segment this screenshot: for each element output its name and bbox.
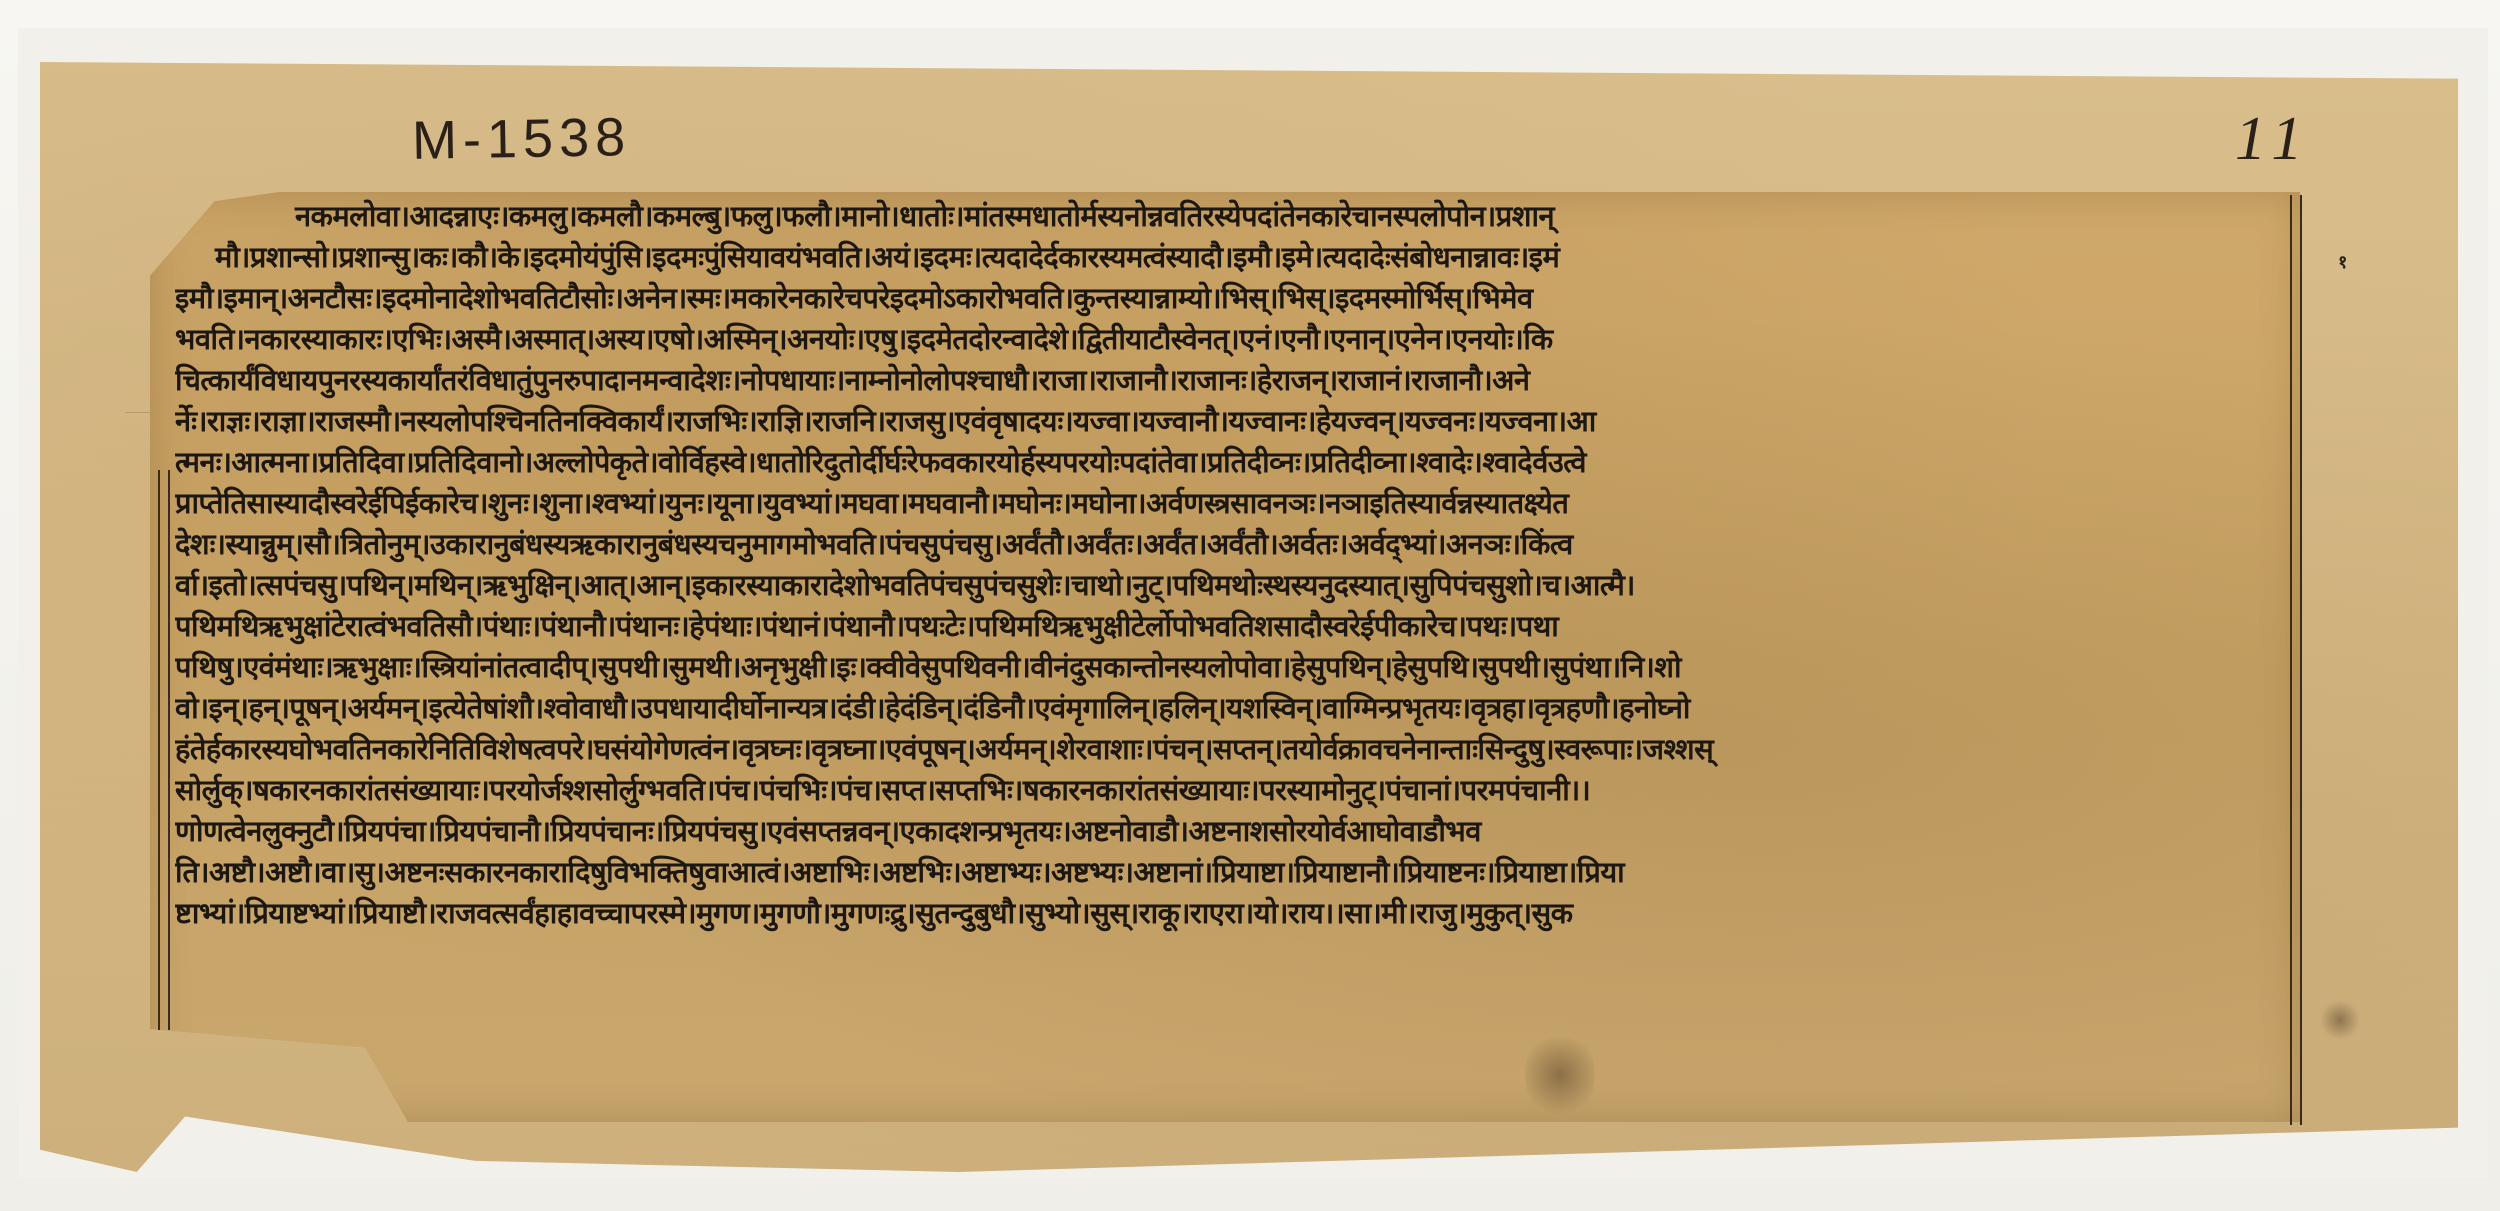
- left-margin-rule: [158, 470, 160, 1030]
- text-line: ति।अष्टौ।अष्टौ।वा।सु।अष्टनःसकारनकारादिषु…: [175, 852, 2293, 893]
- text-line: प्राप्तेतिसास्यादौस्वरेईपिईकारेच।शुनः।शु…: [175, 483, 2293, 524]
- text-line: भवति।नकारस्याकारः।एभिः।अस्मै।अस्मात्।अस्…: [175, 319, 2293, 360]
- text-line: ष्टाभ्यां।प्रियाष्टभ्यां।प्रियाष्टौ।राजव…: [175, 893, 2293, 934]
- ink-stain: [2320, 1000, 2360, 1040]
- text-line: नकमलोवा।आदन्नाएः।कमलु।कमलौ।कमल्बु।फलु।फल…: [175, 196, 2293, 237]
- text-line: पथिषु।एवंमंथाः।ऋभुक्षाः।स्त्रियांनांतत्व…: [175, 647, 2293, 688]
- text-line: इमौ।इमान्।अनटौसः।इदमोनादेशोभवतिटौसोः।अने…: [175, 278, 2293, 319]
- text-line: मौ।प्रशान्सो।प्रशान्सु।कः।कौ।के।इदमोयंपु…: [175, 237, 2293, 278]
- text-line: र्नेः।राज्ञः।राज्ञा।राजस्मौ।नस्यलोपश्चिन…: [175, 401, 2293, 442]
- shelfmark-label: M-1538: [411, 106, 631, 172]
- text-line: वो।इन्।हन्।पूषन्।अर्यमन्।इत्येतेषांशौ।श्…: [175, 688, 2293, 729]
- margin-mark: १: [2338, 250, 2347, 274]
- text-line: पथिमथिऋभुक्षांटेरात्वंभवतिसौ।पंथाः।पंथान…: [175, 606, 2293, 647]
- text-line: र्वा।इतो।त्सपंचसु।पथिन्।मथिन्।ऋभुक्षिन्।…: [175, 565, 2293, 606]
- text-line: देशः।स्यान्नुम्।सौ।त्रितोनुम्।उकारानुबंध…: [175, 524, 2293, 565]
- left-margin-rule: [168, 470, 170, 1030]
- text-line: त्मनः।आत्मना।प्रतिदिवा।प्रतिदिवानो।अल्लो…: [175, 442, 2293, 483]
- text-line: चित्कार्यंविधायपुनरस्यकार्यांतरंविधातुंप…: [175, 360, 2293, 401]
- text-line: णोणत्वेनलुक्नुटौ।प्रियपंचा।प्रियपंचानौ।प…: [175, 811, 2293, 852]
- manuscript-text: नकमलोवा।आदन्नाएः।कमलु।कमलौ।कमल्बु।फलु।फल…: [175, 196, 2293, 934]
- text-line: सोर्लुक्।षकारनकारांतसंख्यायाः।परयोर्जश्श…: [175, 770, 2293, 811]
- text-line: हंतेर्हकारस्यघोभवतिनकारेनितिविशेषत्वपरे।…: [175, 729, 2293, 770]
- folio-number: 11: [2235, 104, 2312, 175]
- right-margin-rule: [2300, 195, 2302, 1125]
- ink-stain: [1525, 1030, 1595, 1120]
